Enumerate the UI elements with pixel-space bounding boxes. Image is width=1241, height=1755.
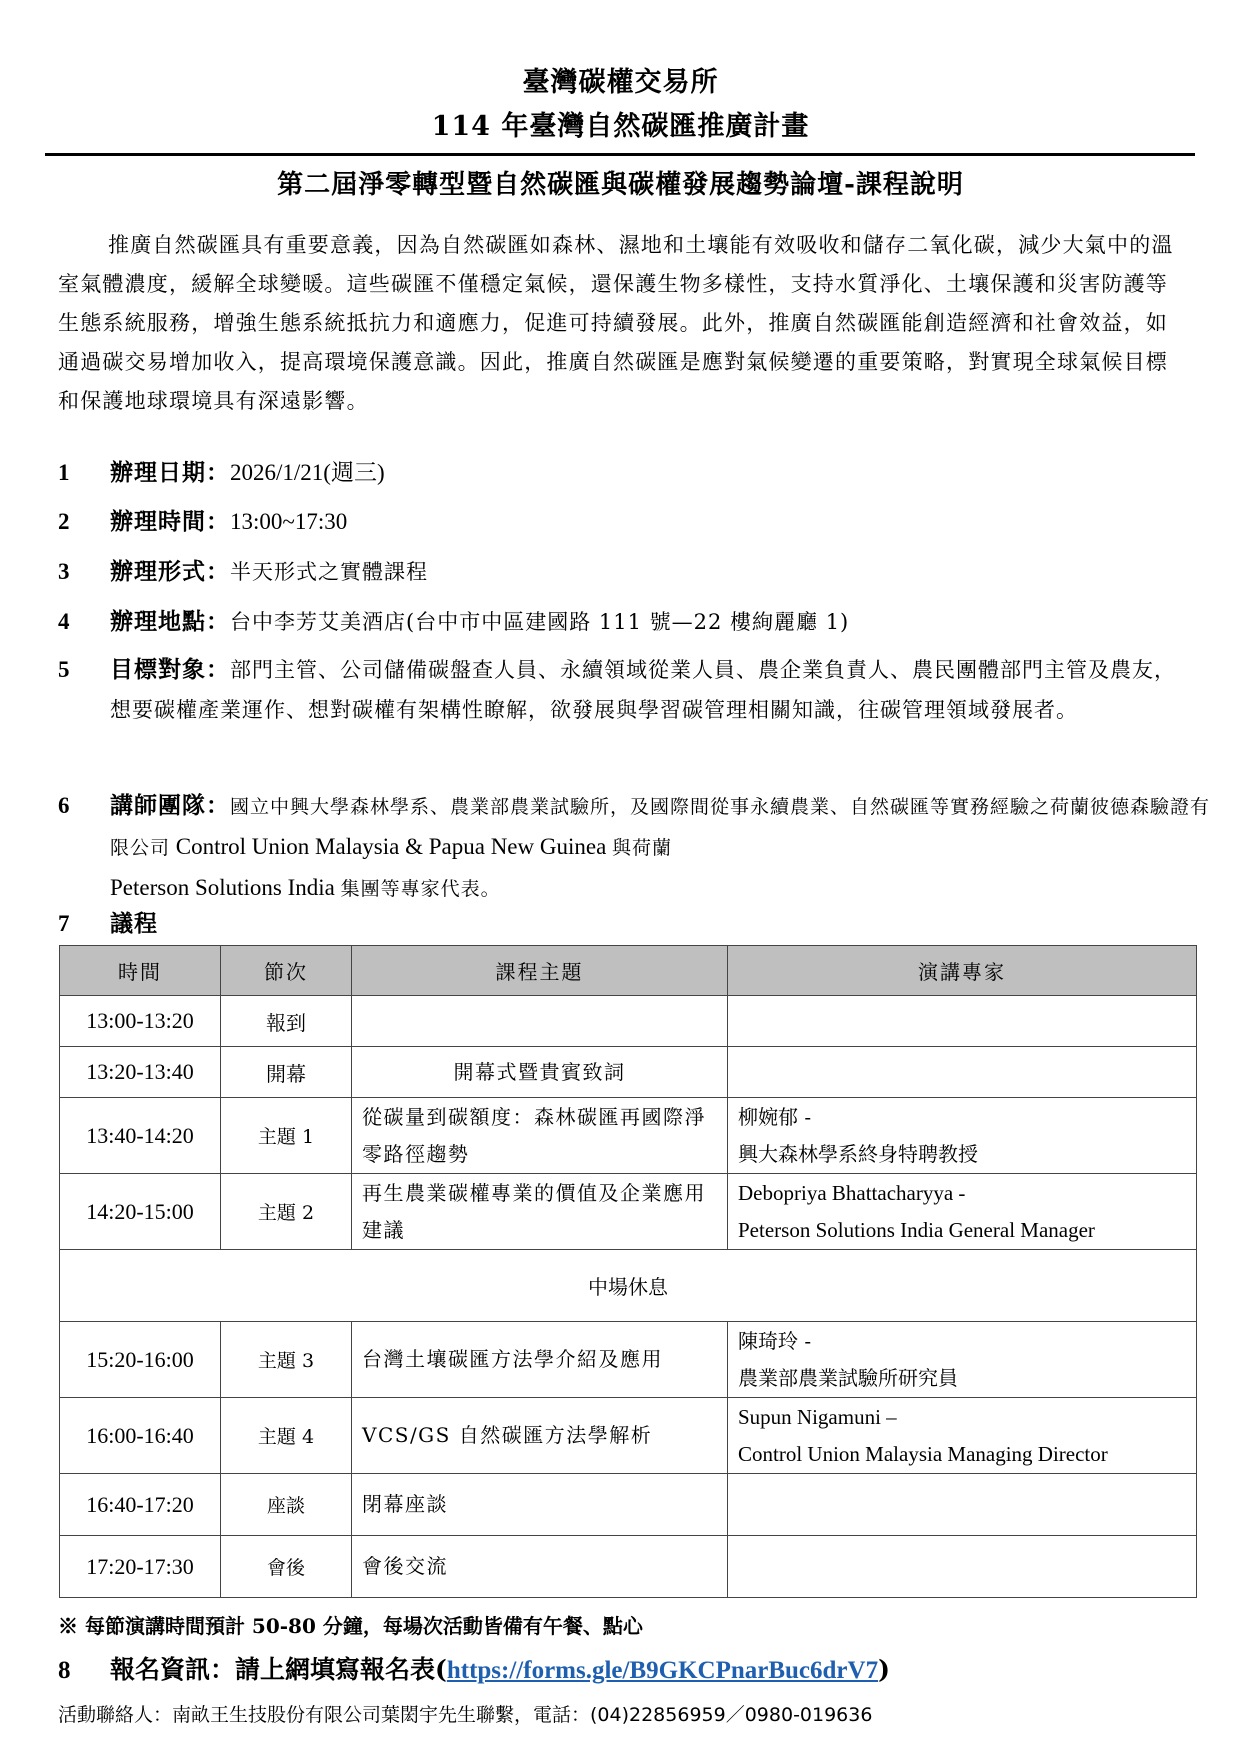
agenda-note: ※ 每節演講時間預計 50-80 分鐘，每場次活動皆備有午餐、點心 — [58, 1610, 643, 1639]
item-label: 目標對象： — [110, 656, 230, 683]
item-number: 3 — [58, 552, 70, 592]
col-header-time: 時間 — [60, 946, 221, 996]
item-label: 議程 — [110, 910, 158, 937]
item-value: 13:00~17:30 — [230, 509, 347, 534]
item-agenda-heading: 7 議程 — [58, 904, 1198, 944]
speaker-cell: 陳琦玲 -農業部農業試驗所研究員 — [728, 1322, 1197, 1398]
item-audience: 5 目標對象：部門主管、公司儲備碳盤查人員、永續領域從業人員、農企業負責人、農民… — [58, 650, 1198, 770]
header-divider — [45, 153, 1195, 156]
speaker-cell: Supun Nigamuni –Control Union Malaysia M… — [728, 1398, 1197, 1474]
item-label: 講師團隊： — [110, 792, 230, 819]
item-date: 1 辦理日期：2026/1/21(週三) — [58, 453, 1198, 493]
item-number: 4 — [58, 602, 70, 642]
table-row: 15:20-16:00 主題 3 台灣土壤碳匯方法學介紹及應用 陳琦玲 -農業部… — [60, 1322, 1197, 1398]
intro-paragraph: 推廣自然碳匯具有重要意義，因為自然碳匯如森林、濕地和土壤能有效吸收和儲存二氧化碳… — [58, 226, 1178, 421]
table-row: 14:20-15:00 主題 2 再生農業碳權專業的價值及企業應用建議 Debo… — [60, 1174, 1197, 1250]
item-number: 6 — [58, 786, 70, 826]
agenda-header-row: 時間 節次 課程主題 演講專家 — [60, 946, 1197, 996]
agenda-table: 時間 節次 課程主題 演講專家 13:00-13:20 報到 13:20-13:… — [59, 945, 1197, 1598]
speaker-cell: 柳婉郁 -興大森林學系終身特聘教授 — [728, 1098, 1197, 1174]
speaker-cell: Debopriya Bhattacharyya -Peterson Soluti… — [728, 1174, 1197, 1250]
col-header-session: 節次 — [221, 946, 352, 996]
item-label: 辦理形式： — [110, 558, 230, 585]
table-row: 13:00-13:20 報到 — [60, 996, 1197, 1047]
page-title: 第二屆淨零轉型暨自然碳匯與碳權發展趨勢論壇-課程說明 — [0, 164, 1241, 201]
col-header-speaker: 演講專家 — [728, 946, 1197, 996]
item-format: 3 辦理形式：半天形式之實體課程 — [58, 552, 1198, 592]
item-value: 2026/1/21(週三) — [230, 460, 385, 485]
item-label: 辦理時間： — [110, 508, 230, 535]
org-title: 臺灣碳權交易所 — [0, 60, 1241, 99]
item-label: 辦理日期： — [110, 459, 230, 486]
item-number: 1 — [58, 453, 70, 493]
col-header-topic: 課程主題 — [352, 946, 728, 996]
program-title: 114 年臺灣自然碳匯推廣計畫 — [0, 104, 1241, 143]
item-value: 台中李芳艾美酒店(台中市中區建國路 111 號—22 樓絢麗廳 1) — [230, 610, 849, 634]
table-row: 17:20-17:30 會後 會後交流 — [60, 1536, 1197, 1598]
item-label: 辦理地點： — [110, 608, 230, 635]
registration-label: 報名資訊：請上網填寫報名表( — [110, 1655, 447, 1684]
item-number: 5 — [58, 650, 70, 690]
item-value: 部門主管、公司儲備碳盤查人員、永續領域從業人員、農企業負責人、農民團體部門主管及… — [110, 658, 1176, 722]
item-time: 2 辦理時間：13:00~17:30 — [58, 502, 1198, 542]
item-number: 7 — [58, 904, 70, 944]
contact-info: 活動聯絡人：南畝王生技股份有限公司葉閎宇先生聯繫，電話：(04)22856959… — [58, 1700, 872, 1727]
item-number: 8 — [58, 1657, 110, 1685]
registration-link[interactable]: https://forms.gle/B9GKCPnarBuc6drV7 — [447, 1657, 878, 1684]
break-label: 中場休息 — [60, 1250, 1197, 1322]
item-venue: 4 辦理地點：台中李芳艾美酒店(台中市中區建國路 111 號—22 樓絢麗廳 1… — [58, 602, 1198, 642]
table-row: 13:40-14:20 主題 1 從碳量到碳額度：森林碳匯再國際淨零路徑趨勢 柳… — [60, 1098, 1197, 1174]
table-row: 13:20-13:40 開幕 開幕式暨貴賓致詞 — [60, 1047, 1197, 1098]
table-row: 16:40-17:20 座談 閉幕座談 — [60, 1474, 1197, 1536]
item-lecturers: 6 講師團隊：國立中興大學森林學系、農業部農業試驗所，及國際間從事永續農業、自然… — [58, 786, 1198, 906]
item-number: 2 — [58, 502, 70, 542]
table-row-break: 中場休息 — [60, 1250, 1197, 1322]
registration-info: 8報名資訊：請上網填寫報名表(https://forms.gle/B9GKCPn… — [58, 1650, 890, 1686]
table-row: 16:00-16:40 主題 4 VCS/GS 自然碳匯方法學解析 Supun … — [60, 1398, 1197, 1474]
item-value: 半天形式之實體課程 — [230, 560, 428, 584]
